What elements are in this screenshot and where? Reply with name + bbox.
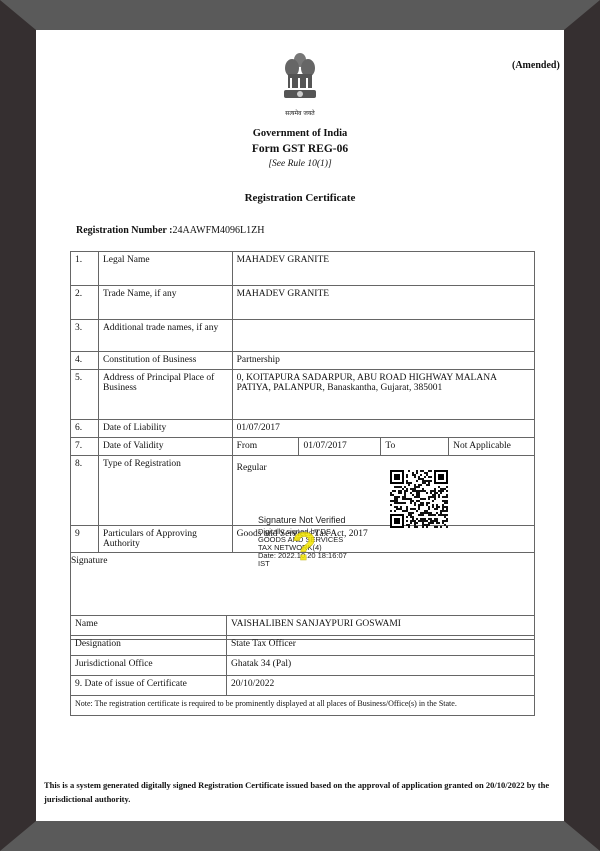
table-row: 3. Additional trade names, if any	[71, 320, 535, 352]
frame-bottom	[0, 821, 600, 851]
validity-to-label: To	[381, 438, 449, 456]
liability-date-value: 01/07/2017	[232, 420, 534, 438]
table-row: 2. Trade Name, if any MAHADEV GRANITE	[71, 286, 535, 320]
row-label: Date of Validity	[98, 438, 232, 456]
row-label: Additional trade names, if any	[98, 320, 232, 352]
row-number: 5.	[71, 370, 99, 420]
certificate-title: Registration Certificate	[36, 192, 564, 204]
additional-names-value	[232, 320, 534, 352]
certificate-page: (Amended) सत्यमेव जयते Government of Ind…	[36, 30, 564, 821]
validity-to-value: Not Applicable	[449, 438, 535, 456]
trade-name-value: MAHADEV GRANITE	[232, 286, 534, 320]
table-row: 5. Address of Principal Place of Busines…	[71, 370, 535, 420]
validity-from-label: From	[232, 438, 299, 456]
officer-name-label: Name	[71, 616, 227, 636]
qr-code	[390, 470, 448, 528]
frame-right	[564, 0, 600, 851]
row-number: 3.	[71, 320, 99, 352]
jurisdictional-office-value: Ghatak 34 (Pal)	[227, 656, 535, 676]
row-label: Legal Name	[98, 252, 232, 286]
legal-name-value: MAHADEV GRANITE	[232, 252, 534, 286]
row-label: Date of Liability	[98, 420, 232, 438]
registration-number: Registration Number :24AAWFM4096L1ZH	[76, 225, 264, 236]
row-number: 6.	[71, 420, 99, 438]
frame-left	[0, 0, 36, 851]
issue-date-value: 20/10/2022	[227, 676, 535, 696]
row-label: Trade Name, if any	[98, 286, 232, 320]
frame-top	[0, 0, 600, 30]
row-number: 7.	[71, 438, 99, 456]
table-row: 9. Date of issue of Certificate 20/10/20…	[71, 676, 535, 696]
footer-statement: This is a system generated digitally sig…	[44, 778, 559, 806]
row-number: 8.	[71, 456, 99, 526]
national-emblem: सत्यमेव जयते	[278, 48, 322, 118]
officer-name-value: VAISHALIBEN SANJAYPURI GOSWAMI	[227, 616, 535, 636]
amended-label: (Amended)	[512, 60, 560, 71]
display-note: Note: The registration certificate is re…	[71, 696, 535, 716]
table-row: 4. Constitution of Business Partnership	[71, 352, 535, 370]
row-label: Constitution of Business	[98, 352, 232, 370]
row-number: 9	[71, 526, 99, 553]
table-row: Designation State Tax Officer	[71, 636, 535, 656]
table-row: Name VAISHALIBEN SANJAYPURI GOSWAMI	[71, 616, 535, 636]
question-mark-icon[interactable]: ?	[292, 525, 316, 570]
row-label: Type of Registration	[98, 456, 232, 526]
signature-status: Signature Not Verified	[258, 515, 347, 525]
table-row: 6. Date of Liability 01/07/2017	[71, 420, 535, 438]
row-label: Address of Principal Place of Business	[98, 370, 232, 420]
details-table: 1. Legal Name MAHADEV GRANITE 2. Trade N…	[70, 251, 535, 640]
registration-number-label: Registration Number :	[76, 225, 172, 236]
registration-type-value: Regular	[237, 463, 530, 473]
government-heading: Government of India	[36, 128, 564, 139]
registration-number-value: 24AAWFM4096L1ZH	[172, 225, 264, 236]
table-row: 1. Legal Name MAHADEV GRANITE	[71, 252, 535, 286]
row-number: 1.	[71, 252, 99, 286]
address-value: 0, KOITAPURA SADARPUR, ABU ROAD HIGHWAY …	[232, 370, 534, 420]
table-row: Jurisdictional Office Ghatak 34 (Pal)	[71, 656, 535, 676]
issue-date-label: 9. Date of issue of Certificate	[71, 676, 227, 696]
designation-label: Designation	[71, 636, 227, 656]
designation-value: State Tax Officer	[227, 636, 535, 656]
ashoka-emblem-icon	[278, 48, 322, 118]
rule-reference: [See Rule 10(1)]	[36, 159, 564, 169]
jurisdictional-office-label: Jurisdictional Office	[71, 656, 227, 676]
officer-table: Name VAISHALIBEN SANJAYPURI GOSWAMI Desi…	[70, 615, 535, 716]
constitution-value: Partnership	[232, 352, 534, 370]
table-row: 7. Date of Validity From 01/07/2017 To N…	[71, 438, 535, 456]
row-number: 2.	[71, 286, 99, 320]
row-number: 4.	[71, 352, 99, 370]
row-label: Particulars of Approving Authority	[98, 526, 232, 553]
table-row: Note: The registration certificate is re…	[71, 696, 535, 716]
qr-code-icon	[390, 470, 448, 528]
validity-from-value: 01/07/2017	[299, 438, 381, 456]
form-title: Form GST REG-06	[36, 143, 564, 155]
